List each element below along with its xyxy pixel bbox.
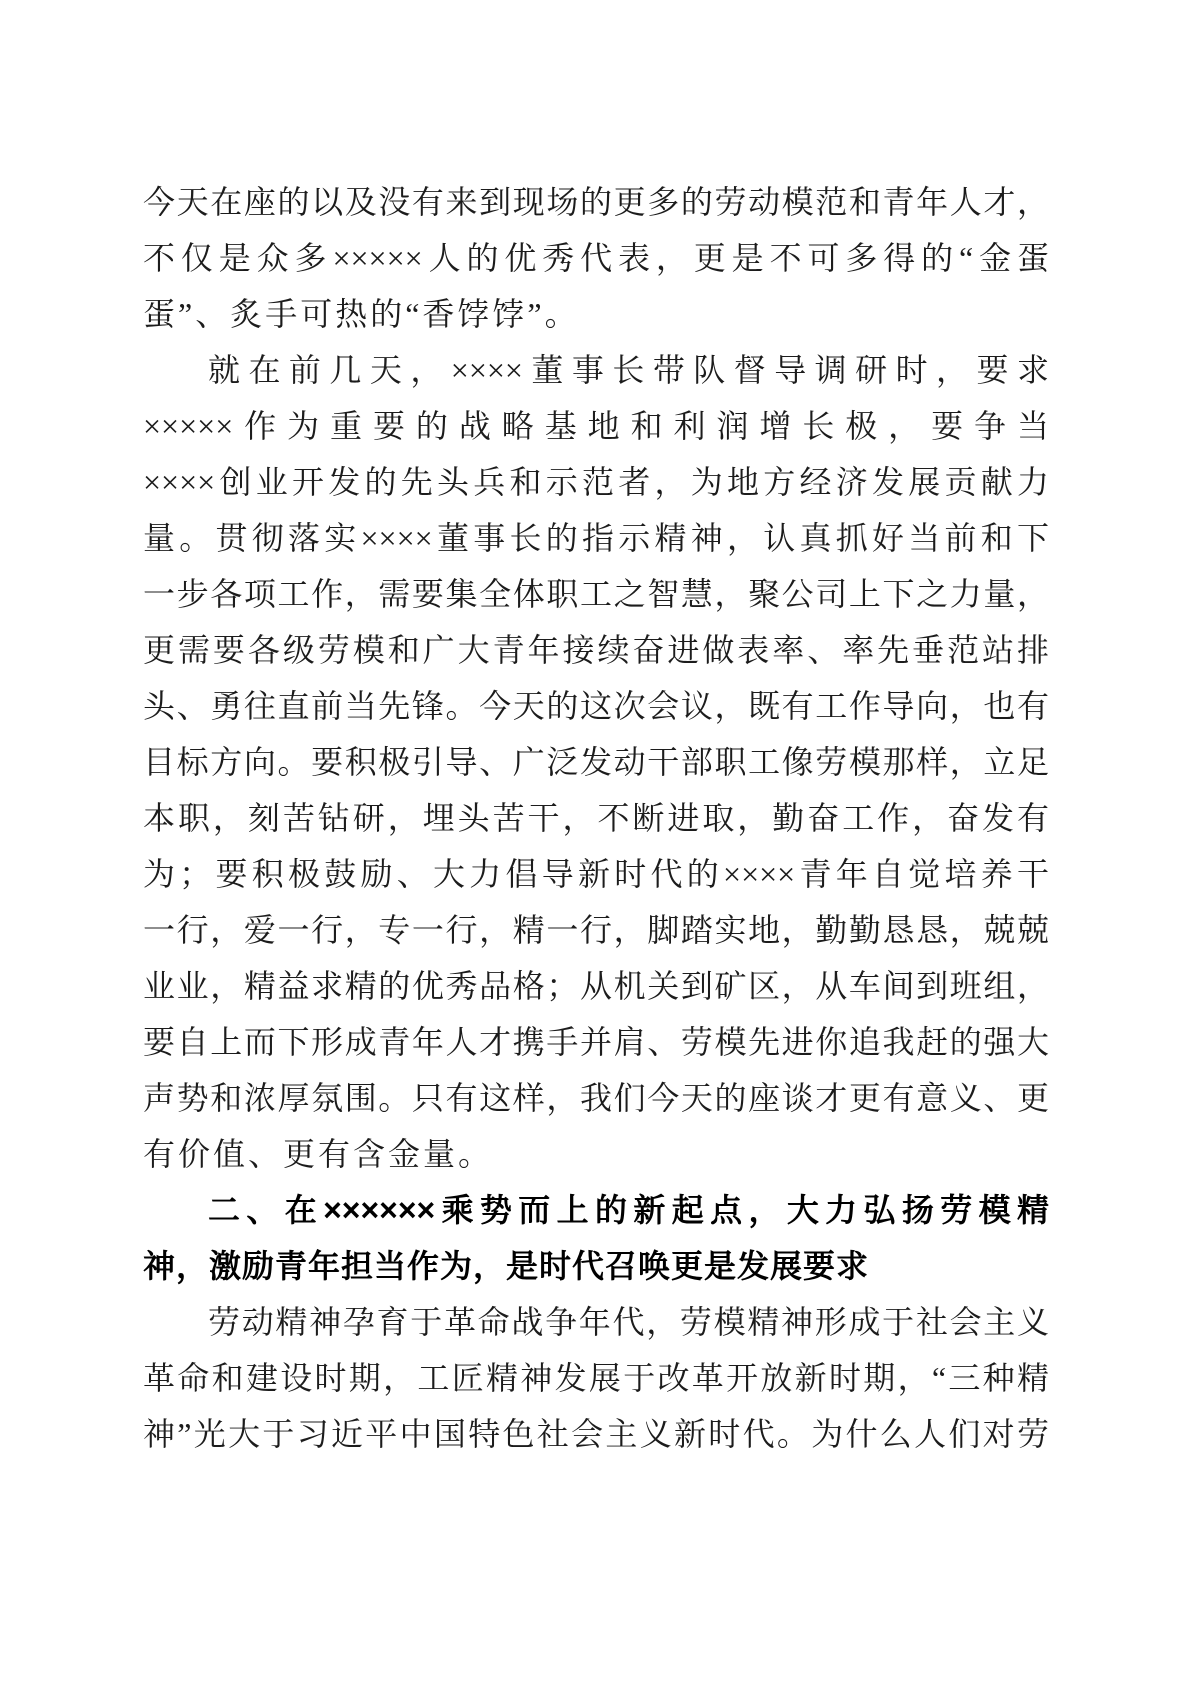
text-line: 更需要各级劳模和广大青年接续奋进做表率、率先垂范站排 (143, 622, 1049, 678)
text-line: 本职，刻苦钻研，埋头苦干，不断进取，勤奋工作，奋发有 (143, 790, 1049, 846)
heading-line: 二、在××××××乘势而上的新起点，大力弘扬劳模精 (143, 1182, 1049, 1238)
text-line: 为；要积极鼓励、大力倡导新时代的××××青年自觉培养干 (143, 846, 1049, 902)
text-line: 劳动精神孕育于革命战争年代，劳模精神形成于社会主义 (143, 1294, 1049, 1350)
text-line: 今天在座的以及没有来到现场的更多的劳动模范和青年人才， (143, 174, 1049, 230)
text-line: 量。贯彻落实××××董事长的指示精神，认真抓好当前和下 (143, 510, 1049, 566)
text-line: 神”光大于习近平中国特色社会主义新时代。为什么人们对劳 (143, 1406, 1049, 1462)
text-line: 不仅是众多×××××人的优秀代表，更是不可多得的“金蛋 (143, 230, 1049, 286)
text-line: 有价值、更有含金量。 (143, 1126, 1049, 1182)
text-line: 就在前几天，××××董事长带队督导调研时，要求 (143, 342, 1049, 398)
text-line: 一行，爱一行，专一行，精一行，脚踏实地，勤勤恳恳，兢兢 (143, 902, 1049, 958)
text-line: ××××创业开发的先头兵和示范者，为地方经济发展贡献力 (143, 454, 1049, 510)
text-line: 革命和建设时期，工匠精神发展于改革开放新时期，“三种精 (143, 1350, 1049, 1406)
document-body: 今天在座的以及没有来到现场的更多的劳动模范和青年人才，不仅是众多×××××人的优… (143, 174, 1049, 1462)
text-line: 头、勇往直前当先锋。今天的这次会议，既有工作导向，也有 (143, 678, 1049, 734)
heading-line: 神，激励青年担当作为，是时代召唤更是发展要求 (143, 1238, 1049, 1294)
text-line: 要自上而下形成青年人才携手并肩、劳模先进你追我赶的强大 (143, 1014, 1049, 1070)
text-line: 业业，精益求精的优秀品格；从机关到矿区，从车间到班组， (143, 958, 1049, 1014)
text-line: 一步各项工作，需要集全体职工之智慧，聚公司上下之力量， (143, 566, 1049, 622)
text-line: 目标方向。要积极引导、广泛发动干部职工像劳模那样，立足 (143, 734, 1049, 790)
text-line: ×××××作为重要的战略基地和利润增长极，要争当 (143, 398, 1049, 454)
document-page: 今天在座的以及没有来到现场的更多的劳动模范和青年人才，不仅是众多×××××人的优… (0, 0, 1190, 1683)
text-line: 蛋”、炙手可热的“香饽饽”。 (143, 286, 1049, 342)
text-line: 声势和浓厚氛围。只有这样，我们今天的座谈才更有意义、更 (143, 1070, 1049, 1126)
